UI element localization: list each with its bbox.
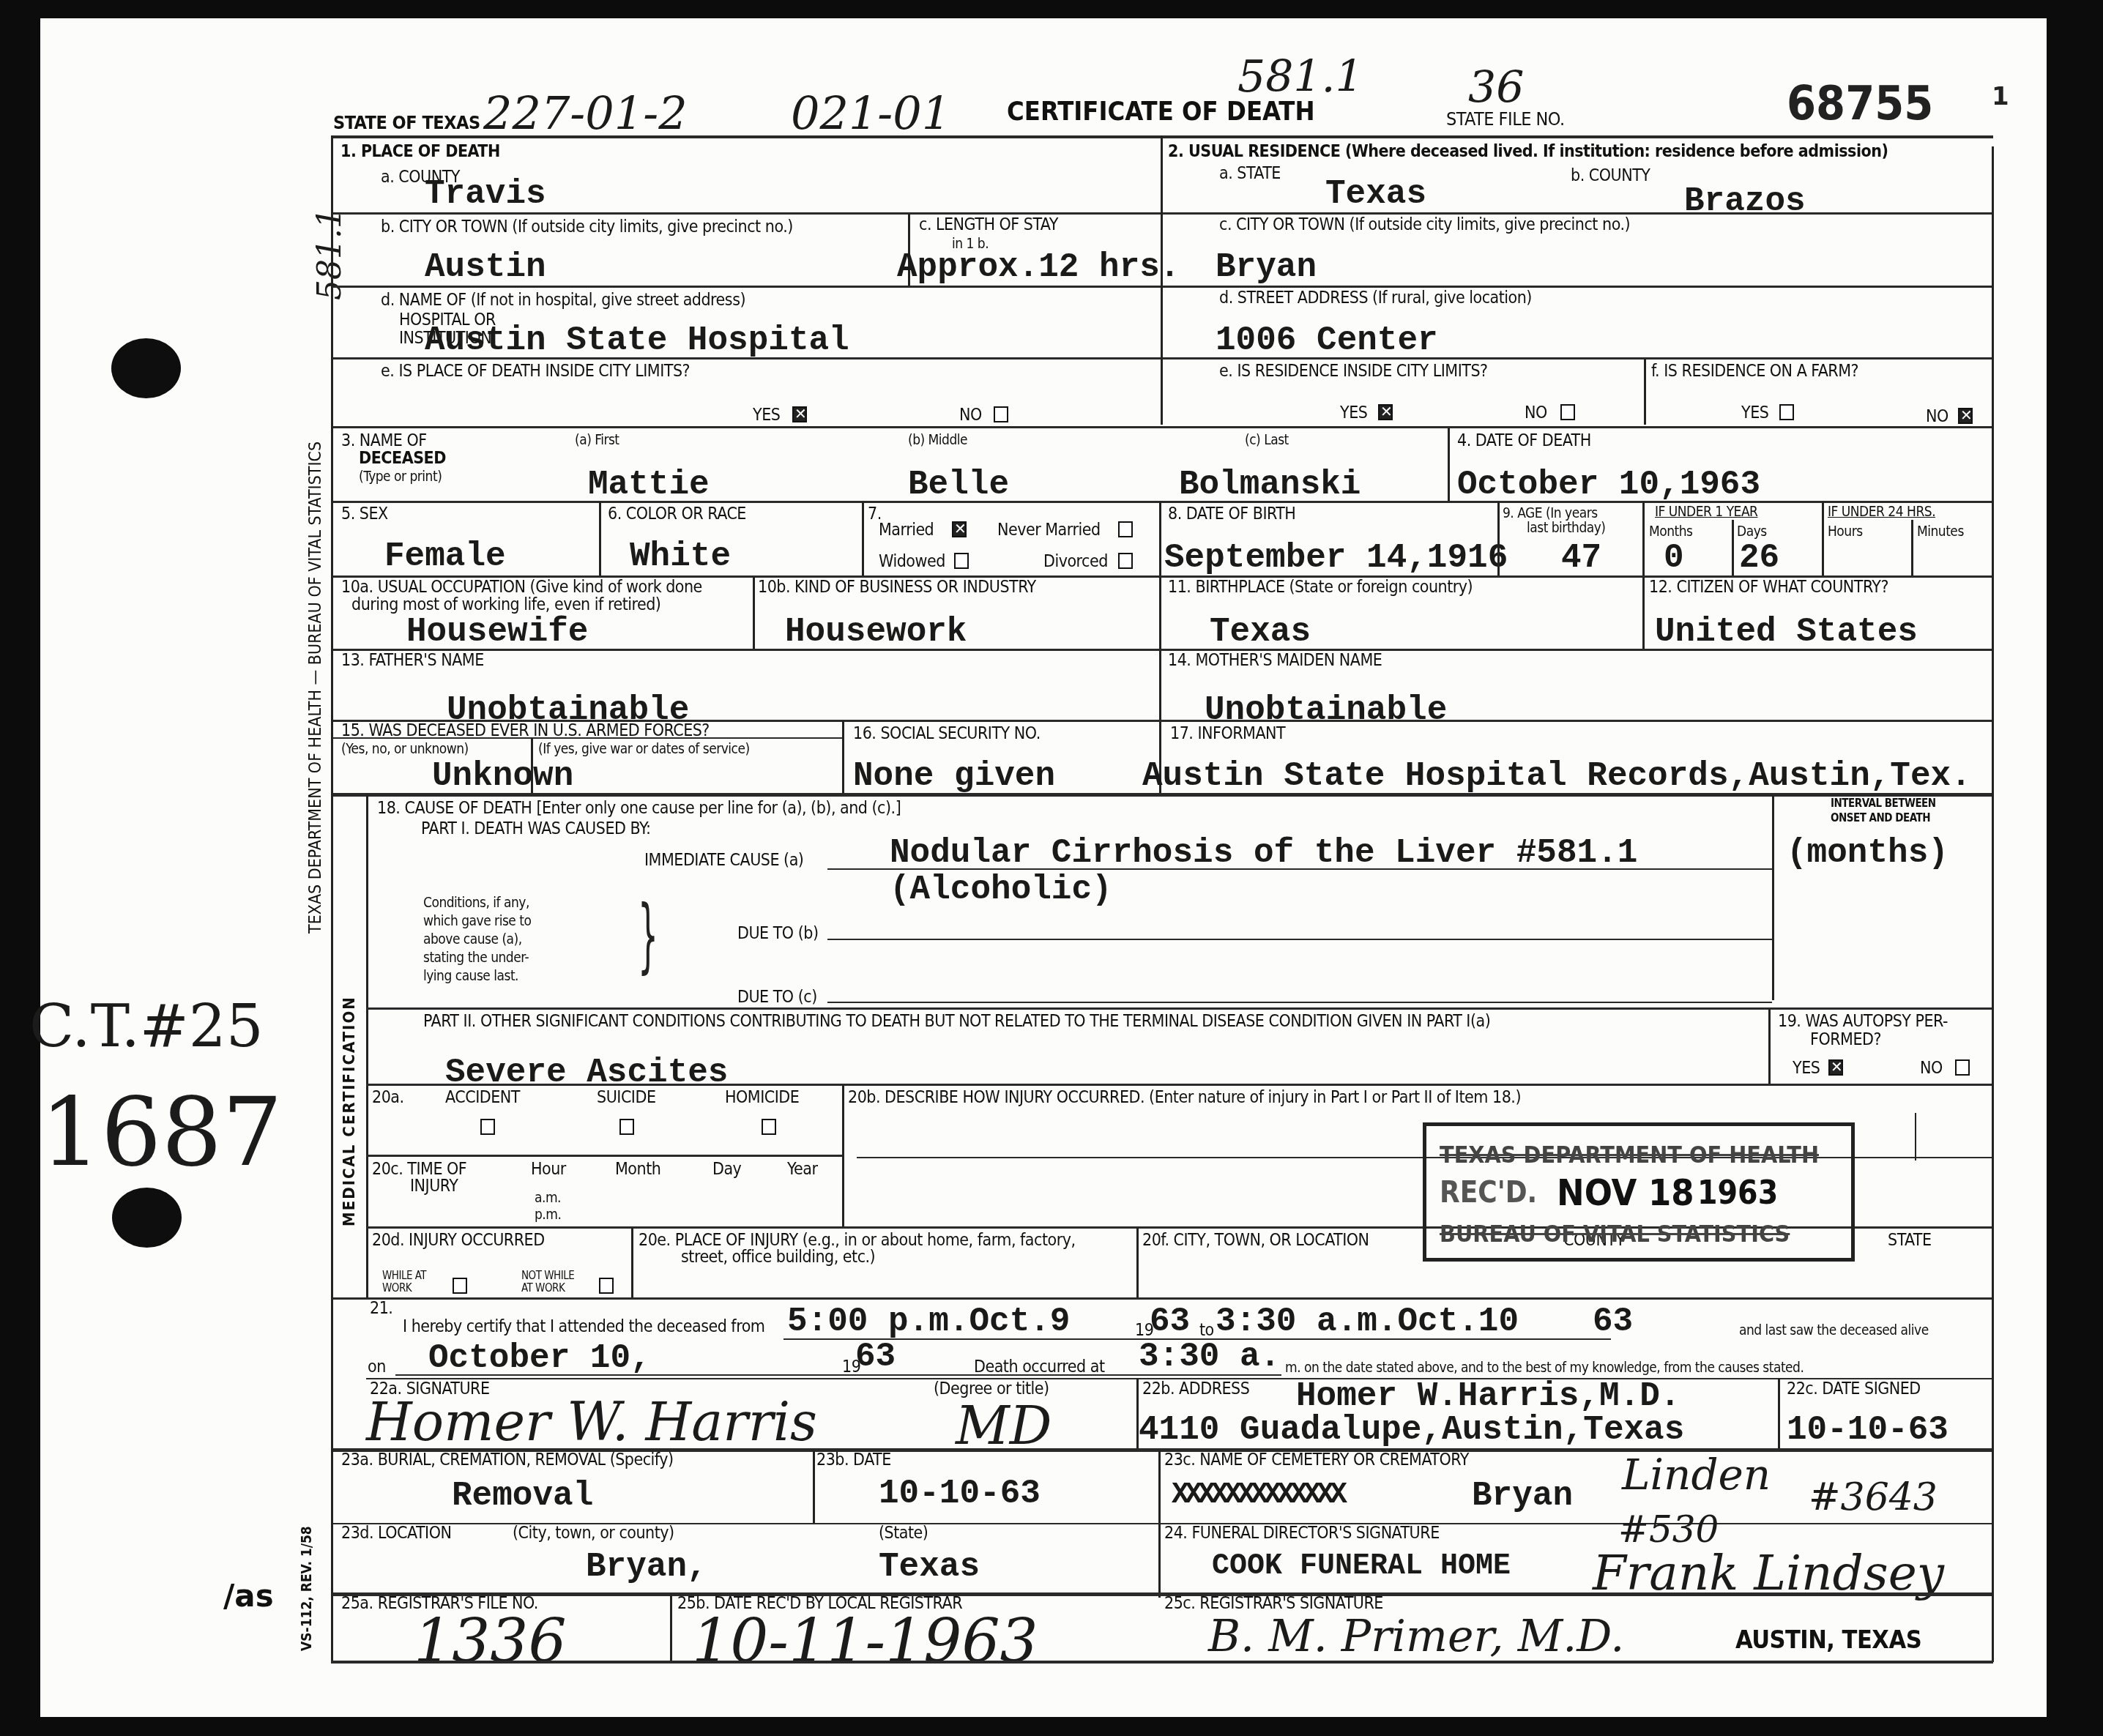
death-city-label: b. CITY OR TOWN (If outside city limits,… — [381, 218, 793, 236]
never-married-label: Never Married — [997, 521, 1101, 540]
date-signed-label: 22c. DATE SIGNED — [1787, 1380, 1921, 1398]
armed-forces-war-label: (If yes, give war or dates of service) — [538, 741, 750, 757]
registrar-date-value: 10-11-1963 — [692, 1607, 1038, 1677]
rule — [827, 1002, 1772, 1003]
corner-mark: 1 — [1992, 82, 2009, 111]
death-county-value: Travis — [425, 176, 546, 212]
rule — [333, 212, 1161, 215]
residence-city-limits-no-checkbox[interactable] — [1560, 404, 1575, 420]
divider — [1159, 502, 1161, 575]
sex-label: 5. SEX — [341, 505, 388, 524]
rule — [827, 939, 1772, 940]
location-state-value: Texas — [879, 1549, 980, 1585]
rule — [333, 737, 842, 739]
informant-label: 17. INFORMANT — [1170, 725, 1285, 743]
industry-value: Housework — [785, 614, 967, 650]
location-state-label: (State) — [879, 1524, 928, 1543]
divider — [842, 1085, 844, 1228]
divorced-label: Divorced — [1043, 553, 1108, 571]
residence-city-limits-yes-label: YES — [1340, 404, 1367, 422]
margin-hand-note-number: 1687 — [40, 1076, 283, 1188]
cemetery-label: 23c. NAME OF CEMETERY OR CREMATORY — [1164, 1451, 1469, 1469]
length-of-stay-label: c. LENGTH OF STAY — [919, 216, 1058, 234]
on-label: on — [368, 1358, 386, 1376]
received-stamp: TEXAS DEPARTMENT OF HEALTH REC'D. NOV 18… — [1423, 1122, 1855, 1262]
days-value: 26 — [1739, 540, 1779, 576]
medical-cert-border — [366, 794, 368, 1300]
state-file-number: 68755 — [1787, 77, 1933, 131]
homicide-label: HOMICIDE — [725, 1089, 799, 1107]
margin-hand-note-ct: C.T.#25 — [29, 992, 264, 1060]
punch-hole-top — [111, 338, 181, 398]
injury-city-label: 20f. CITY, TOWN, OR LOCATION — [1142, 1232, 1369, 1250]
punch-hole-bottom — [112, 1188, 182, 1248]
describe-injury-label: 20b. DESCRIBE HOW INJURY OCCURRED. (Ente… — [848, 1089, 1521, 1107]
divorced-checkbox[interactable] — [1118, 553, 1133, 569]
state-file-label: STATE FILE NO. — [1446, 110, 1565, 128]
middle-name-label: (b) Middle — [908, 432, 967, 448]
name-of-deceased-label: 3. NAME OF — [341, 432, 427, 450]
rule — [333, 357, 1161, 360]
widowed-label: Widowed — [879, 553, 945, 571]
physician-address-value-2: 4110 Guadalupe,Austin,Texas — [1139, 1412, 1684, 1448]
not-while-at-work-label: NOT WHILE — [521, 1269, 574, 1282]
residence-city-label: c. CITY OR TOWN (If outside city limits,… — [1219, 216, 1630, 234]
mother-name-value: Unobtainable — [1205, 692, 1447, 729]
father-name-label: 13. FATHER'S NAME — [341, 652, 484, 670]
married-checkbox[interactable] — [952, 521, 967, 537]
disposition-date-label: 23b. DATE — [816, 1451, 891, 1469]
ssn-value: None given — [853, 758, 1055, 794]
registrar-signature: B. M. Primer, M.D. — [1208, 1611, 1624, 1662]
divider — [631, 1228, 633, 1297]
stamp-line-agency: TEXAS DEPARTMENT OF HEALTH — [1440, 1141, 1819, 1169]
certification-number: 21. — [370, 1300, 392, 1318]
suicide-label: SUICIDE — [597, 1089, 655, 1107]
frame-left — [331, 135, 333, 1662]
armed-forces-yn-label: (Yes, no, or unknown) — [341, 741, 469, 757]
divider — [1497, 502, 1500, 575]
citizenship-label: 12. CITIZEN OF WHAT COUNTRY? — [1649, 578, 1888, 597]
time-of-injury-label-2: INJURY — [410, 1177, 458, 1196]
header-hand-code-1: 227-01-2 — [483, 86, 688, 140]
day-label: Day — [712, 1161, 741, 1179]
funeral-director-label: 24. FUNERAL DIRECTOR'S SIGNATURE — [1164, 1524, 1440, 1543]
months-label: Months — [1649, 524, 1692, 540]
rule — [1163, 212, 1992, 215]
hospital-value: Austin State Hospital — [425, 322, 849, 359]
frame-right — [1992, 146, 1994, 1662]
certify-text-2: and last saw the deceased alive — [1739, 1322, 1929, 1338]
am-label: a.m. — [535, 1190, 561, 1206]
rule — [333, 1592, 1992, 1596]
autopsy-no-label: NO — [1920, 1059, 1943, 1078]
not-while-at-work-label-2: AT WORK — [521, 1281, 565, 1294]
divider — [1768, 1009, 1771, 1086]
sex-value: Female — [384, 538, 506, 575]
rule — [366, 1007, 1992, 1010]
divider — [1136, 1228, 1139, 1297]
divider — [670, 1595, 672, 1662]
date-of-death-value: October 10,1963 — [1457, 466, 1760, 503]
divider — [862, 502, 864, 575]
funeral-home-value: COOK FUNERAL HOME — [1212, 1549, 1511, 1585]
suicide-checkbox[interactable] — [619, 1119, 634, 1135]
attended-from-value: 5:00 p.m.Oct.9 — [787, 1303, 1070, 1340]
birthplace-value: Texas — [1210, 614, 1311, 650]
rule — [333, 793, 1992, 797]
conditions-note-line: Conditions, if any, — [423, 895, 529, 911]
divider — [599, 502, 601, 575]
date-of-death-label: 4. DATE OF DEATH — [1457, 432, 1591, 450]
registrar-city: AUSTIN, TEXAS — [1735, 1627, 1921, 1653]
middle-name-value: Belle — [908, 466, 1009, 503]
rule — [1163, 357, 1992, 360]
autopsy-label: 19. WAS AUTOPSY PER- — [1778, 1013, 1948, 1031]
death-city-limits-yes-label: YES — [753, 406, 780, 425]
ssn-label: 16. SOCIAL SECURITY NO. — [853, 725, 1041, 743]
interval-label-2: ONSET AND DEATH — [1831, 811, 1930, 824]
residence-label: 2. USUAL RESIDENCE (Where deceased lived… — [1168, 143, 1888, 161]
informant-value: Austin State Hospital Records,Austin,Tex… — [1142, 758, 1971, 794]
divider — [1911, 520, 1913, 575]
place-of-injury-label-2: street, office building, etc.) — [681, 1248, 875, 1267]
residence-city-limits-yes-checkbox[interactable] — [1378, 404, 1393, 420]
last-seen-date-value: October 10, — [428, 1340, 651, 1376]
homicide-checkbox[interactable] — [762, 1119, 776, 1135]
residence-county-label: b. COUNTY — [1571, 167, 1650, 185]
divider — [1644, 359, 1646, 425]
occupation-value: Housewife — [406, 614, 588, 650]
accident-label: ACCIDENT — [445, 1089, 520, 1107]
vertical-agency-label: TEXAS DEPARTMENT OF HEALTH — BUREAU OF V… — [306, 442, 325, 934]
disposition-date-value: 10-10-63 — [879, 1475, 1041, 1512]
pm-label: p.m. — [535, 1207, 561, 1223]
typed-initials: /as — [223, 1578, 274, 1614]
form-id-label: VS-112, REV. 1/58 — [299, 1526, 315, 1651]
stamp-date: NOV 18 — [1557, 1171, 1694, 1214]
injury-state-label: STATE — [1888, 1232, 1932, 1250]
attended-to-year: 63 — [1593, 1303, 1633, 1340]
divider — [1642, 502, 1645, 575]
farm-yes-label: YES — [1741, 404, 1768, 422]
residence-state-label: a. STATE — [1219, 165, 1281, 183]
divider — [1772, 795, 1774, 1000]
death-city-limits-label: e. IS PLACE OF DEATH INSIDE CITY LIMITS? — [381, 362, 690, 381]
location-city-value: Bryan, — [586, 1549, 707, 1585]
divider — [1448, 428, 1450, 502]
divider — [1158, 1451, 1161, 1598]
divider — [1822, 502, 1824, 575]
last-name-value: Bolmanski — [1179, 466, 1361, 503]
header-hand-code-2: 021-01 — [791, 86, 950, 140]
not-while-at-work-checkbox[interactable] — [599, 1278, 614, 1294]
conditions-note-line: above cause (a), — [423, 931, 522, 947]
attended-to-value: 3:30 a.m.Oct.10 — [1216, 1303, 1519, 1340]
immediate-cause-label: IMMEDIATE CAUSE (a) — [644, 852, 803, 870]
under-24-hrs-label: IF UNDER 24 HRS. — [1828, 504, 1935, 520]
while-at-work-label-2: WORK — [382, 1281, 412, 1294]
months-value: 0 — [1664, 540, 1684, 576]
farm-yes-checkbox[interactable] — [1779, 404, 1794, 420]
autopsy-yes-checkbox[interactable] — [1828, 1059, 1843, 1076]
age-label-2: last birthday) — [1527, 520, 1606, 536]
widowed-checkbox[interactable] — [954, 553, 969, 569]
disposition-label: 23a. BURIAL, CREMATION, REMOVAL (Specify… — [341, 1451, 674, 1469]
registrar-file-value: 1336 — [414, 1607, 567, 1677]
length-of-stay-value: Approx.12 hrs. — [897, 249, 1180, 286]
cemetery-value: Bryan — [1472, 1478, 1573, 1514]
divider — [1732, 520, 1734, 575]
medical-certification-label: MEDICAL CERTIFICATION — [340, 996, 359, 1226]
accident-checkbox[interactable] — [480, 1119, 495, 1135]
name-of-deceased-label-2: DECEASED — [359, 450, 446, 468]
autopsy-label-2: FORMED? — [1810, 1031, 1881, 1049]
rule — [366, 1084, 1992, 1086]
rule — [333, 649, 1992, 651]
hours-label: Hours — [1828, 524, 1863, 540]
cemetery-hand-note: Linden — [1622, 1450, 1771, 1500]
stamp-line-bureau: BUREAU OF VITAL STATISTICS — [1440, 1220, 1790, 1248]
last-seen-year: 63 — [855, 1338, 896, 1375]
divider — [842, 721, 844, 793]
year-label: Year — [787, 1161, 818, 1179]
month-label: Month — [615, 1161, 660, 1179]
citizenship-value: United States — [1655, 614, 1918, 650]
death-city-limits-no-checkbox[interactable] — [994, 406, 1008, 422]
date-of-birth-value: September 14,1916 — [1164, 540, 1508, 576]
part1-label: PART I. DEATH WAS CAUSED BY: — [421, 820, 650, 838]
last-name-label: (c) Last — [1245, 432, 1289, 448]
rule — [366, 1155, 842, 1157]
age-value: 47 — [1561, 540, 1601, 576]
place-of-death-label: 1. PLACE OF DEATH — [340, 143, 500, 161]
location-label: 23d. LOCATION — [341, 1524, 451, 1543]
married-label: Married — [879, 521, 934, 540]
immediate-cause-value-2: (Alcoholic) — [890, 871, 1112, 908]
cause-of-death-label: 18. CAUSE OF DEATH [Enter only one cause… — [377, 800, 901, 818]
residence-city-limits-no-label: NO — [1525, 404, 1547, 422]
rule — [333, 501, 1992, 503]
physician-signature: Homer W. Harris — [366, 1391, 817, 1453]
disposition-value: Removal — [452, 1478, 593, 1514]
part2-label: PART II. OTHER SIGNIFICANT CONDITIONS CO… — [423, 1013, 1490, 1031]
rule — [1163, 286, 1992, 288]
certify-text-1: I hereby certify that I attended the dec… — [403, 1318, 764, 1336]
frame-bottom — [331, 1661, 1993, 1664]
hour-label: Hour — [531, 1161, 566, 1179]
mother-name-label: 14. MOTHER'S MAIDEN NAME — [1168, 652, 1382, 670]
conditions-note-line: lying cause last. — [423, 968, 518, 984]
divider — [813, 1451, 815, 1524]
rule — [333, 426, 1992, 428]
rule — [333, 1297, 1992, 1300]
occupation-label: 10a. USUAL OCCUPATION (Give kind of work… — [341, 578, 702, 597]
stamp-year: 1963 — [1697, 1174, 1778, 1212]
divider — [1915, 1113, 1916, 1161]
header-hand-code-3: 581.1 — [1237, 51, 1363, 103]
cemetery-hand-number: #3643 — [1809, 1475, 1938, 1519]
rule — [333, 286, 1161, 288]
days-label: Days — [1737, 524, 1767, 540]
residence-city-value: Bryan — [1216, 249, 1317, 286]
minutes-label: Minutes — [1917, 524, 1964, 540]
first-name-value: Mattie — [588, 466, 710, 503]
brace-icon: } — [638, 895, 658, 975]
industry-label: 10b. KIND OF BUSINESS OR INDUSTRY — [758, 578, 1036, 597]
cemetery-struck-value: XXXXXXXXXXXXX — [1172, 1478, 1343, 1514]
farm-no-label: NO — [1926, 408, 1948, 426]
state-of-texas-label: STATE OF TEXAS — [333, 113, 480, 132]
death-time-value: 3:30 a. — [1139, 1338, 1280, 1375]
street-address-value: 1006 Center — [1216, 322, 1438, 359]
while-at-work-checkbox[interactable] — [453, 1278, 467, 1294]
physician-address-label: 22b. ADDRESS — [1142, 1380, 1249, 1398]
conditions-note-line: which gave rise to — [423, 913, 531, 929]
due-to-b-label: DUE TO (b) — [737, 925, 819, 943]
physician-address-value: Homer W.Harris,M.D. — [1296, 1378, 1680, 1415]
age-label: 9. AGE (In years — [1503, 505, 1598, 521]
first-name-label: (a) First — [575, 432, 619, 448]
interval-label: INTERVAL BETWEEN — [1831, 797, 1936, 810]
hospital-label: d. NAME OF (If not in hospital, give str… — [381, 291, 745, 310]
conditions-note-line: stating the under- — [423, 950, 529, 966]
divider — [753, 577, 755, 650]
armed-forces-value: Unknown — [432, 758, 573, 794]
divider — [1778, 1378, 1780, 1451]
certify-text-3: m. on the date stated above, and to the … — [1285, 1360, 1804, 1376]
due-to-c-label: DUE TO (c) — [737, 988, 817, 1007]
divider — [1642, 577, 1645, 650]
residence-state-value: Texas — [1325, 176, 1426, 212]
death-city-limits-yes-checkbox[interactable] — [792, 406, 807, 422]
interval-value: (months) — [1787, 835, 1948, 871]
injury-occurred-label: 20d. INJURY OCCURRED — [372, 1232, 545, 1250]
residence-city-limits-label: e. IS RESIDENCE INSIDE CITY LIMITS? — [1219, 362, 1488, 381]
location-city-label: (City, town, or county) — [513, 1524, 674, 1543]
degree-value: MD — [956, 1395, 1051, 1456]
date-signed-value: 10-10-63 — [1787, 1412, 1948, 1448]
stamp-recd-label: REC'D. — [1440, 1176, 1537, 1210]
injury-20a-label: 20a. — [372, 1089, 404, 1107]
rule — [827, 868, 1772, 870]
immediate-cause-value: Nodular Cirrhosis of the Liver #581.1 — [890, 835, 1637, 871]
farm-no-checkbox[interactable] — [1958, 408, 1973, 424]
race-value: White — [630, 538, 731, 575]
death-city-value: Austin — [425, 249, 546, 286]
rule — [395, 1374, 1281, 1376]
date-of-birth-label: 8. DATE OF BIRTH — [1168, 505, 1295, 524]
under-1-year-label: IF UNDER 1 YEAR — [1655, 504, 1757, 520]
occupation-label-2: during most of working life, even if ret… — [351, 596, 660, 614]
race-label: 6. COLOR OR RACE — [608, 505, 746, 524]
never-married-checkbox[interactable] — [1118, 521, 1133, 537]
attended-from-year: 63 — [1150, 1303, 1190, 1340]
death-city-limits-no-label: NO — [959, 406, 982, 425]
autopsy-no-checkbox[interactable] — [1955, 1059, 1970, 1076]
name-of-deceased-label-3: (Type or print) — [359, 469, 442, 485]
while-at-work-label: WHILE AT — [382, 1269, 426, 1282]
birthplace-label: 11. BIRTHPLACE (State or foreign country… — [1168, 578, 1473, 597]
header-hand-code-4: 36 — [1468, 62, 1524, 113]
farm-label: f. IS RESIDENCE ON A FARM? — [1651, 362, 1858, 381]
street-address-label: d. STREET ADDRESS (If rural, give locati… — [1219, 289, 1532, 308]
autopsy-yes-label: YES — [1793, 1059, 1820, 1078]
